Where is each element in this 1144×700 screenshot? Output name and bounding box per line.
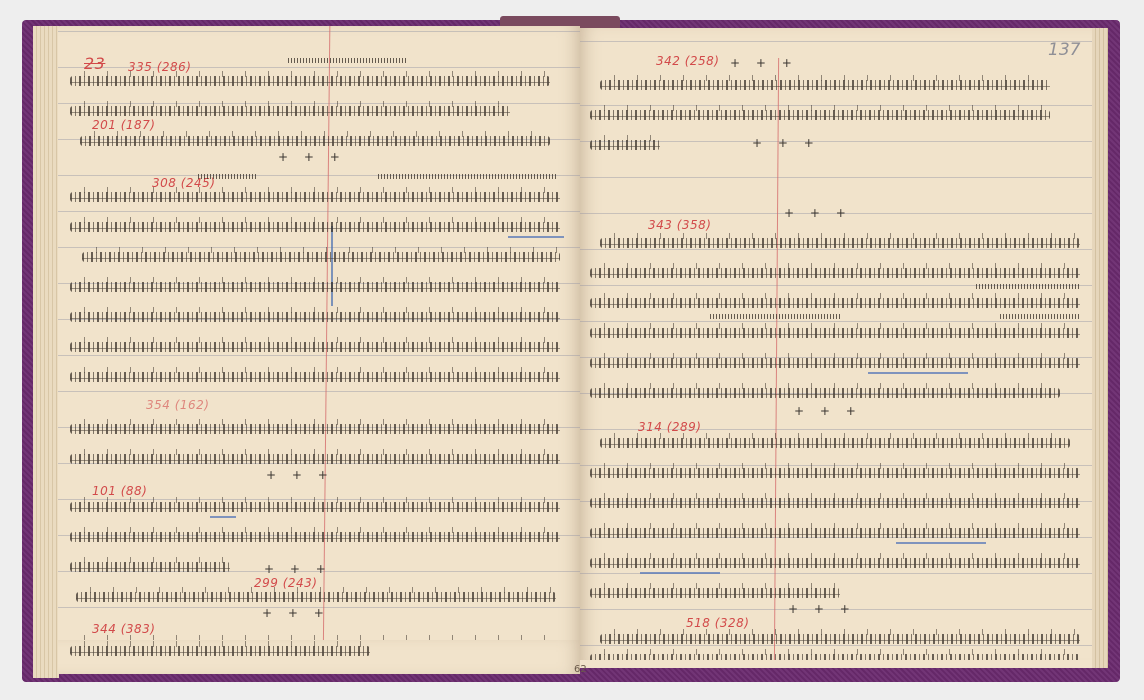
handwritten-line (590, 358, 1080, 368)
handwritten-line (70, 372, 560, 382)
handwritten-line (600, 238, 1080, 248)
handwritten-line (76, 592, 556, 602)
interlinear-correction (976, 284, 1080, 289)
section-separator: + + + (784, 206, 852, 220)
blue-underline (896, 542, 986, 544)
gutter-page-mark: 62 (574, 664, 587, 675)
right-page: 137 342 (258) + + + + + + + + + 343 (358… (580, 28, 1108, 668)
section-separator: + + + (788, 602, 856, 616)
handwritten-line (70, 106, 510, 116)
interlinear-correction (198, 174, 258, 179)
left-blue-margin-rule (331, 226, 333, 306)
right-page-lower (580, 660, 1108, 668)
handwritten-line (70, 424, 560, 434)
handwritten-line (70, 192, 560, 202)
section-separator: + + + (752, 136, 820, 150)
handwritten-line (80, 136, 550, 146)
blue-underline (508, 236, 564, 238)
handwritten-line (70, 562, 230, 572)
handwritten-line (70, 342, 560, 352)
handwritten-line (590, 388, 1060, 398)
section-separator: + + + (794, 404, 862, 418)
entry-ref: 314 (289) (638, 420, 702, 434)
handwritten-line (70, 312, 560, 322)
interlinear-correction (710, 314, 840, 319)
handwritten-line (600, 634, 1080, 644)
left-page-edges (33, 26, 59, 678)
blue-underline (640, 572, 720, 574)
handwritten-line (590, 468, 1080, 478)
handwritten-line (82, 252, 560, 262)
handwritten-line (70, 646, 370, 656)
blue-underline (868, 372, 968, 374)
entry-ref: 201 (187) (92, 118, 156, 132)
entry-ref: 343 (358) (648, 218, 712, 232)
handwritten-line (70, 282, 560, 292)
handwritten-line (70, 502, 560, 512)
handwritten-line (70, 222, 560, 232)
section-separator: + + + (730, 56, 798, 70)
handwritten-line (70, 76, 550, 86)
entry-ref: 101 (88) (92, 484, 147, 498)
right-page-edges (1092, 28, 1108, 668)
interlinear-correction (378, 174, 558, 179)
handwritten-line (600, 438, 1070, 448)
folio-number: 137 (1048, 40, 1080, 60)
handwritten-line (590, 328, 1080, 338)
entry-ref: 344 (383) (92, 622, 156, 636)
handwritten-line (590, 140, 660, 150)
entry-ref: 342 (258) (656, 54, 720, 68)
section-separator: + + + (262, 606, 330, 620)
entry-ref: 354 (162) (146, 398, 210, 412)
interlinear-correction (1000, 314, 1080, 319)
left-page-lower (58, 640, 580, 674)
handwritten-line (70, 454, 560, 464)
section-separator: + + + (264, 562, 332, 576)
left-page: 23 335 (286) 201 (187) + + + 308 (245) 3… (58, 26, 580, 674)
section-separator: + + + (266, 468, 334, 482)
handwritten-line (590, 588, 840, 598)
handwritten-line (590, 110, 1050, 120)
interlinear-correction (288, 58, 408, 63)
handwritten-line (600, 80, 1050, 90)
handwritten-line (590, 558, 1080, 568)
handwritten-line (70, 532, 560, 542)
handwritten-line (590, 298, 1080, 308)
blue-underline (210, 516, 236, 518)
section-separator: + + + (278, 150, 346, 164)
handwritten-line (590, 498, 1080, 508)
handwritten-line (590, 268, 1080, 278)
entry-ref: 518 (328) (686, 616, 750, 630)
handwritten-line (590, 528, 1080, 538)
